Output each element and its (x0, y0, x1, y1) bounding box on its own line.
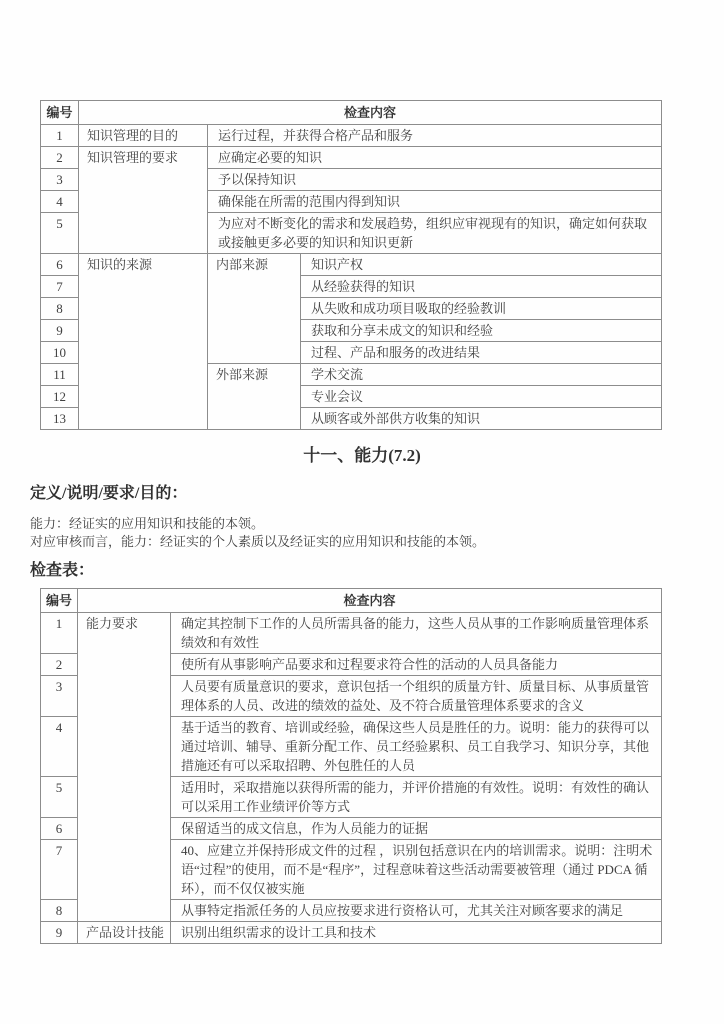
content-cell: 识别出组织需求的设计工具和技术 (171, 922, 662, 944)
content-cell: 适用时，采取措施以获得所需的能力，并评价措施的有效性。说明：有效性的确认可以采用… (171, 777, 662, 818)
capability-table: 编号检查内容1能力要求确定其控制下工作的人员所需具备的能力，这些人员从事的工作影… (40, 588, 662, 944)
category-cell: 内部来源 (208, 254, 301, 364)
table-row: 1知识管理的目的运行过程，并获得合格产品和服务 (41, 125, 662, 147)
category-cell: 知识管理的要求 (79, 147, 208, 254)
row-number-cell: 11 (41, 364, 79, 386)
row-number-cell: 6 (41, 818, 78, 840)
table-row: 编号检查内容 (41, 589, 662, 613)
category-cell: 能力要求 (78, 613, 171, 922)
row-number-cell: 12 (41, 386, 79, 408)
table-row: 6知识的来源内部来源知识产权 (41, 254, 662, 276)
content-cell: 从顾客或外部供方收集的知识 (301, 408, 662, 430)
content-cell: 予以保持知识 (208, 169, 662, 191)
content-cell: 专业会议 (301, 386, 662, 408)
content-cell: 过程、产品和服务的改进结果 (301, 342, 662, 364)
category-cell: 知识管理的目的 (79, 125, 208, 147)
content-cell: 基于适当的教育、培训或经验，确保这些人员是胜任的力。说明：能力的获得可以通过培训… (171, 717, 662, 777)
content-cell: 人员要有质量意识的要求，意识包括一个组织的质量方针、质量目标、从事质量管理体系的… (171, 676, 662, 717)
content-cell: 获取和分享未成文的知识和经验 (301, 320, 662, 342)
row-number-cell: 5 (41, 777, 78, 818)
row-number-cell: 8 (41, 900, 78, 922)
content-cell: 学术交流 (301, 364, 662, 386)
row-number-cell: 7 (41, 276, 79, 298)
row-number-cell: 1 (41, 613, 78, 654)
definition-heading: 定义/说明/要求/目的： (30, 480, 187, 503)
content-cell: 从经验获得的知识 (301, 276, 662, 298)
row-number-cell: 4 (41, 717, 78, 777)
document-page: 编号检查内容1知识管理的目的运行过程，并获得合格产品和服务2知识管理的要求应确定… (0, 0, 724, 1024)
table-row: 2知识管理的要求应确定必要的知识 (41, 147, 662, 169)
row-number-cell: 2 (41, 147, 79, 169)
row-number-cell: 1 (41, 125, 79, 147)
table-row: 编号检查内容 (41, 101, 662, 125)
content-cell: 使所有从事影响产品要求和过程要求符合性的活动的人员具备能力 (171, 654, 662, 676)
row-number-cell: 10 (41, 342, 79, 364)
definition-line: 对应审核而言，能力：经证实的个人素质以及经证实的应用知识和技能的本领。 (30, 534, 485, 549)
row-number-cell: 4 (41, 191, 79, 213)
row-number-cell: 6 (41, 254, 79, 276)
header-cell: 编号 (41, 589, 78, 613)
definition-line: 能力：经证实的应用知识和技能的本领。 (30, 516, 264, 531)
content-cell: 保留适当的成文信息，作为人员能力的证据 (171, 818, 662, 840)
row-number-cell: 2 (41, 654, 78, 676)
row-number-cell: 5 (41, 213, 79, 254)
table-row: 9产品设计技能识别出组织需求的设计工具和技术 (41, 922, 662, 944)
checklist-heading: 检查表： (30, 557, 94, 580)
header-cell: 编号 (41, 101, 79, 125)
content-cell: 确保能在所需的范围内得到知识 (208, 191, 662, 213)
content-cell: 40、应建立并保持形成文件的过程 ，识别包括意识在内的培训需求。说明：注明术语“… (171, 840, 662, 900)
content-cell: 确定其控制下工作的人员所需具备的能力，这些人员从事的工作影响质量管理体系绩效和有… (171, 613, 662, 654)
content-cell: 应确定必要的知识 (208, 147, 662, 169)
category-cell: 产品设计技能 (78, 922, 171, 944)
row-number-cell: 13 (41, 408, 79, 430)
page-title: 十一、能力(7.2) (0, 441, 724, 466)
knowledge-table: 编号检查内容1知识管理的目的运行过程，并获得合格产品和服务2知识管理的要求应确定… (40, 100, 662, 430)
row-number-cell: 3 (41, 676, 78, 717)
row-number-cell: 3 (41, 169, 79, 191)
row-number-cell: 9 (41, 320, 79, 342)
header-cell: 检查内容 (78, 589, 662, 613)
content-cell: 知识产权 (301, 254, 662, 276)
category-cell: 知识的来源 (79, 254, 208, 430)
category-cell: 外部来源 (208, 364, 301, 430)
content-cell: 从失败和成功项目吸取的经验教训 (301, 298, 662, 320)
row-number-cell: 9 (41, 922, 78, 944)
content-cell: 从事特定指派任务的人员应按要求进行资格认可，尤其关注对顾客要求的满足 (171, 900, 662, 922)
row-number-cell: 7 (41, 840, 78, 900)
row-number-cell: 8 (41, 298, 79, 320)
content-cell: 为应对不断变化的需求和发展趋势，组织应审视现有的知识，确定如何获取或接触更多必要… (208, 213, 662, 254)
table-row: 1能力要求确定其控制下工作的人员所需具备的能力，这些人员从事的工作影响质量管理体… (41, 613, 662, 654)
content-cell: 运行过程，并获得合格产品和服务 (208, 125, 662, 147)
header-cell: 检查内容 (79, 101, 662, 125)
